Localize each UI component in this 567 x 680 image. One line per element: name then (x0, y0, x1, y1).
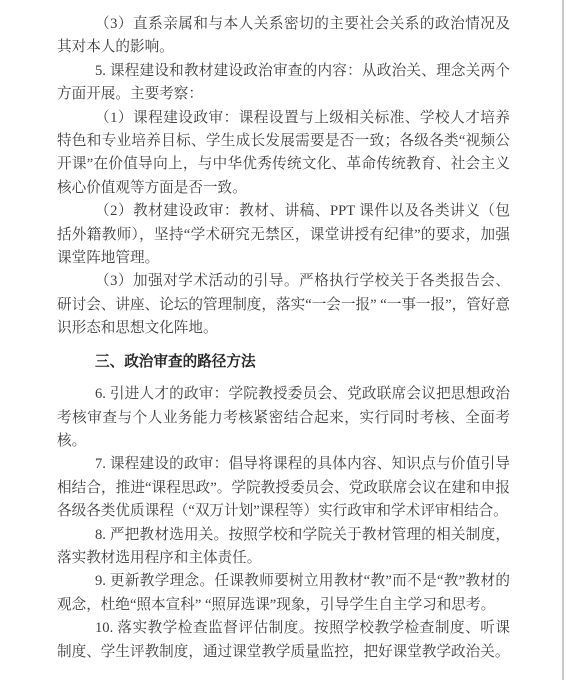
paragraph-8-material-selection: 8. 严把教材选用关。按照学校和学院关于教材管理的相关制度，落实教材选用程序和主… (57, 524, 510, 571)
paragraph-5-course-material-review: 5. 课程建设和教材建设政治审查的内容：从政治关、理念关两个方面开展。主要考察： (57, 60, 510, 107)
paragraph-10-teaching-inspection: 10. 落实教学检查监督评估制度。按照学校教学检查制度、听课制度、学生评教制度，… (57, 617, 510, 664)
paragraph-6-talent-review: 6. 引进人才的政审：学院教授委员会、党政联席会议把思想政治考核审查与个人业务能… (57, 383, 510, 453)
paragraph-7-course-construction-review: 7. 课程建设的政审：倡导将课程的具体内容、知识点与价值引导相结合，推进“课程思… (57, 453, 510, 523)
section-heading-3-review-methods: 三、政治审查的路径方法 (57, 351, 510, 374)
document-page: （3）直系亲属和与本人关系密切的主要社会关系的政治情况及其对本人的影响。 5. … (0, 0, 567, 680)
page-edge-line (562, 0, 564, 680)
paragraph-item-3-social-relations: （3）直系亲属和与本人关系密切的主要社会关系的政治情况及其对本人的影响。 (57, 13, 510, 60)
document-body: （3）直系亲属和与本人关系密切的主要社会关系的政治情况及其对本人的影响。 5. … (57, 13, 510, 664)
paragraph-item-2-material-review: （2）教材建设政审：教材、讲稿、PPT 课件以及各类讲义（包括外籍教师），坚持“… (57, 200, 510, 270)
paragraph-9-teaching-concept: 9. 更新教学理念。任课教师要树立用教材“教”而不是“教”教材的观念，杜绝“照本… (57, 570, 510, 617)
paragraph-item-3-academic-activities: （3）加强对学术活动的引导。严格执行学校关于各类报告会、研讨会、讲座、论坛的管理… (57, 270, 510, 340)
paragraph-item-1-course-review: （1）课程建设政审：课程设置与上级相关标准、学校人才培养特色和专业培养目标、学生… (57, 107, 510, 201)
